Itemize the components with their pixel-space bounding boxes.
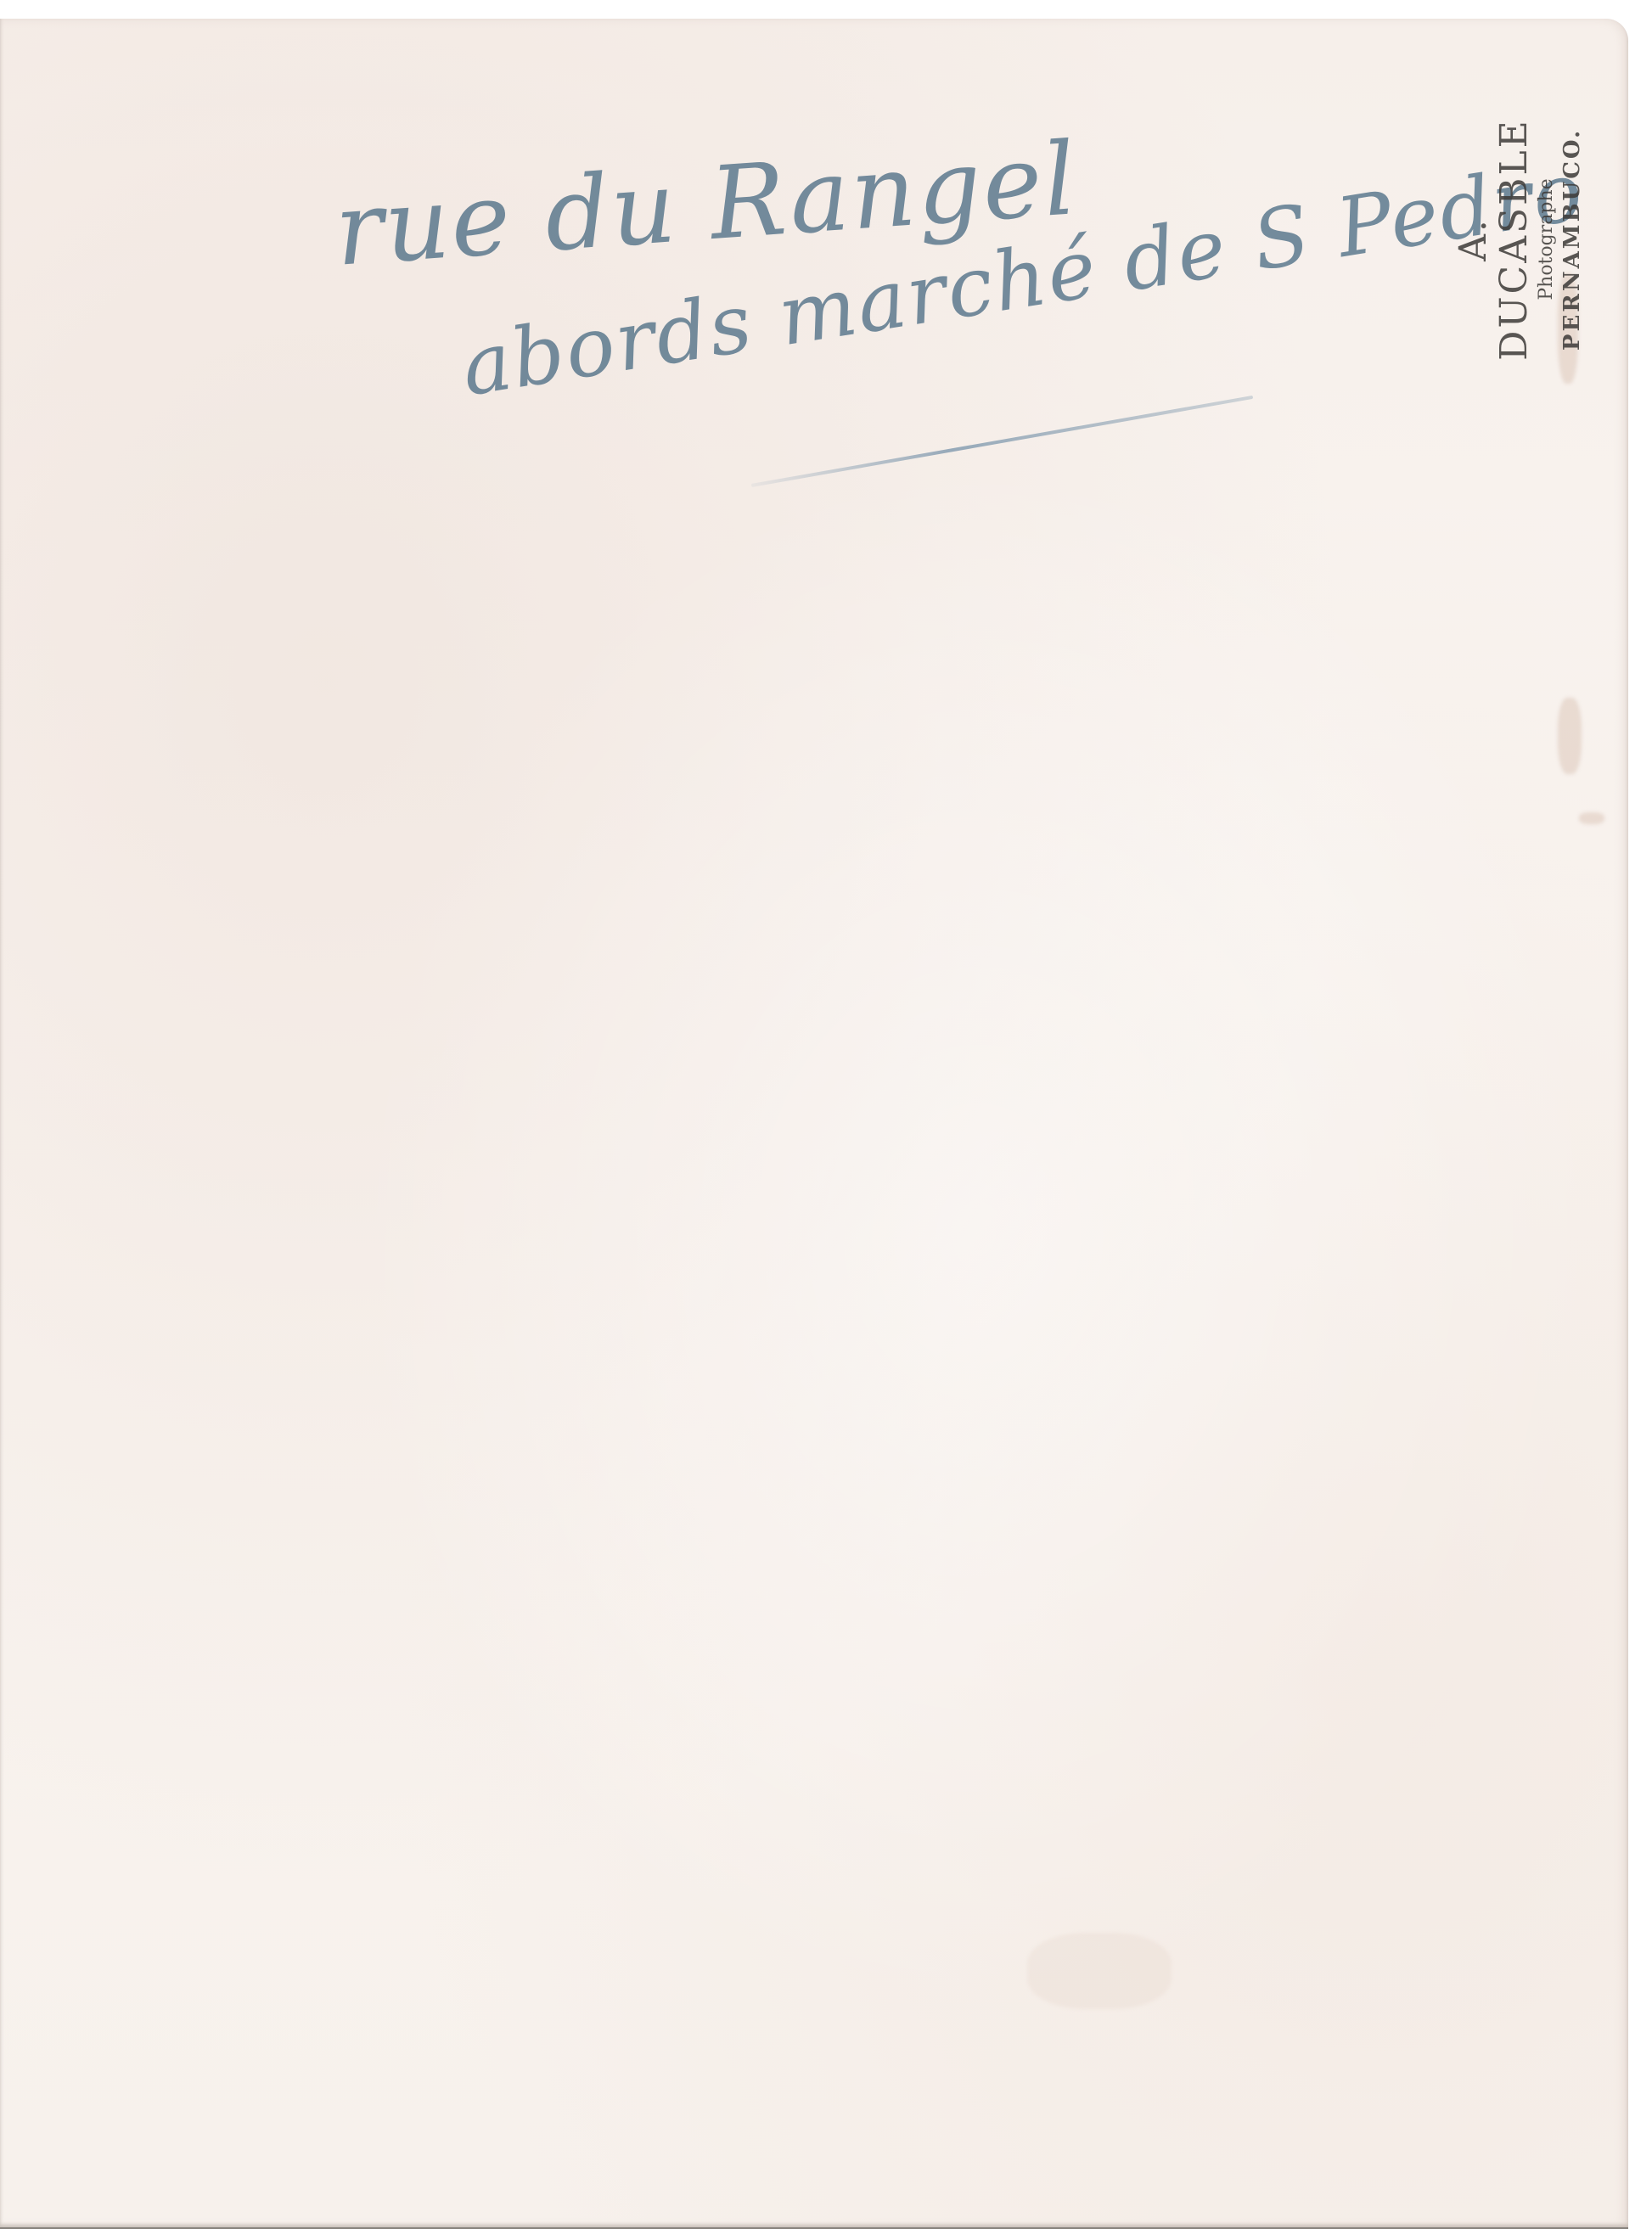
photo-verso-sheet: rue du Rangel abords marché de S Pedro A… (0, 19, 1628, 2229)
stamp-city: PERNAMBUCO. (1559, 95, 1586, 384)
paper-stain (1027, 1933, 1172, 2009)
paper-stain (1579, 812, 1604, 824)
paper-stain (1558, 698, 1582, 774)
stamp-photographer-name: A. DUCASBLE (1453, 95, 1535, 384)
pencil-underline (751, 396, 1254, 487)
photographer-stamp: A. DUCASBLE Photographe PERNAMBUCO. (1409, 95, 1630, 384)
stamp-role: Photographe (1535, 95, 1559, 384)
